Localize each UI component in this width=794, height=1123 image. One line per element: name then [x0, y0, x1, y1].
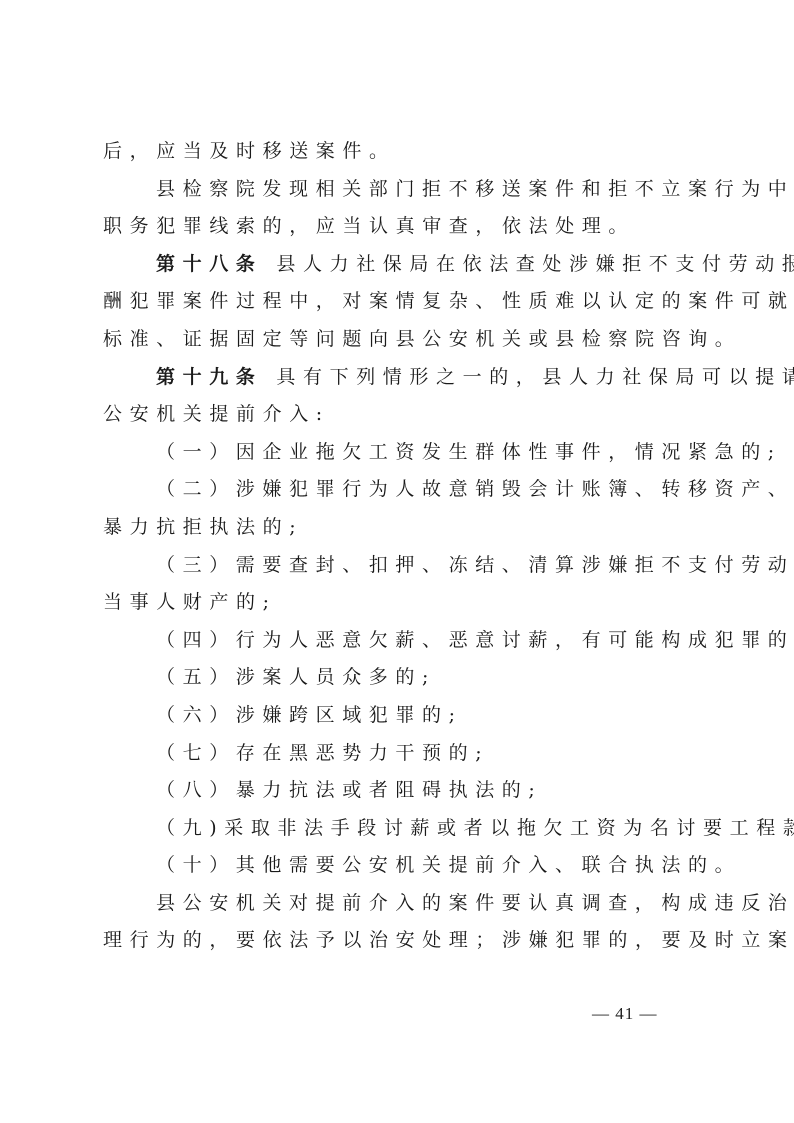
list-item-2: （二）涉嫌犯罪行为人故意销毁会计账簿、转移资产、逃匿、: [103, 471, 693, 509]
paragraph-line: 县检察院发现相关部门拒不移送案件和拒不立案行为中存在: [103, 171, 693, 209]
closing-paragraph-line: 理行为的，要依法予以治安处理；涉嫌犯罪的，要及时立案查处。: [103, 922, 693, 960]
list-item-8: （八）暴力抗法或者阻碍执法的;: [103, 772, 693, 810]
list-item-10: （十）其他需要公安机关提前介入、联合执法的。: [103, 847, 693, 885]
document-body: 后，应当及时移送案件。 县检察院发现相关部门拒不移送案件和拒不立案行为中存在 职…: [103, 133, 693, 960]
article-19-text: 具有下列情形之一的，县人力社保局可以提请县: [276, 366, 794, 388]
list-item-5: （五）涉案人员众多的;: [103, 659, 693, 697]
paragraph-line: 酬犯罪案件过程中，对案情复杂、性质难以认定的案件可就犯罪: [103, 283, 693, 321]
list-item-6: （六）涉嫌跨区域犯罪的;: [103, 697, 693, 735]
article-19-heading: 第十九条: [156, 366, 262, 388]
closing-paragraph-line: 县公安机关对提前介入的案件要认真调查，构成违反治安管: [103, 885, 693, 923]
article-18-text: 县人力社保局在依法查处涉嫌拒不支付劳动报: [276, 253, 794, 275]
article-18-first-line: 第十八条县人力社保局在依法查处涉嫌拒不支付劳动报: [103, 246, 693, 284]
paragraph-line: 职务犯罪线索的，应当认真审查，依法处理。: [103, 208, 693, 246]
article-18-heading: 第十八条: [156, 253, 262, 275]
article-19-first-line: 第十九条具有下列情形之一的，县人力社保局可以提请县: [103, 359, 693, 397]
page-number: — 41 —: [592, 1004, 658, 1024]
list-item-9: （九)采取非法手段讨薪或者以拖欠工资为名讨要工程款的;: [103, 810, 693, 848]
list-item-7: （七）存在黑恶势力干预的;: [103, 735, 693, 773]
list-item-4: （四）行为人恶意欠薪、恶意讨薪，有可能构成犯罪的;: [103, 622, 693, 660]
list-item-3-continuation: 当事人财产的;: [103, 584, 693, 622]
list-item-2-continuation: 暴力抗拒执法的;: [103, 509, 693, 547]
paragraph-line: 标准、证据固定等问题向县公安机关或县检察院咨询。: [103, 321, 693, 359]
list-item-3: （三）需要查封、扣押、冻结、清算涉嫌拒不支付劳动报酬: [103, 547, 693, 585]
paragraph-line: 公安机关提前介入:: [103, 396, 693, 434]
list-item-1: （一）因企业拖欠工资发生群体性事件，情况紧急的;: [103, 434, 693, 472]
document-page: 后，应当及时移送案件。 县检察院发现相关部门拒不移送案件和拒不立案行为中存在 职…: [0, 0, 794, 1123]
paragraph-line: 后，应当及时移送案件。: [103, 133, 693, 171]
